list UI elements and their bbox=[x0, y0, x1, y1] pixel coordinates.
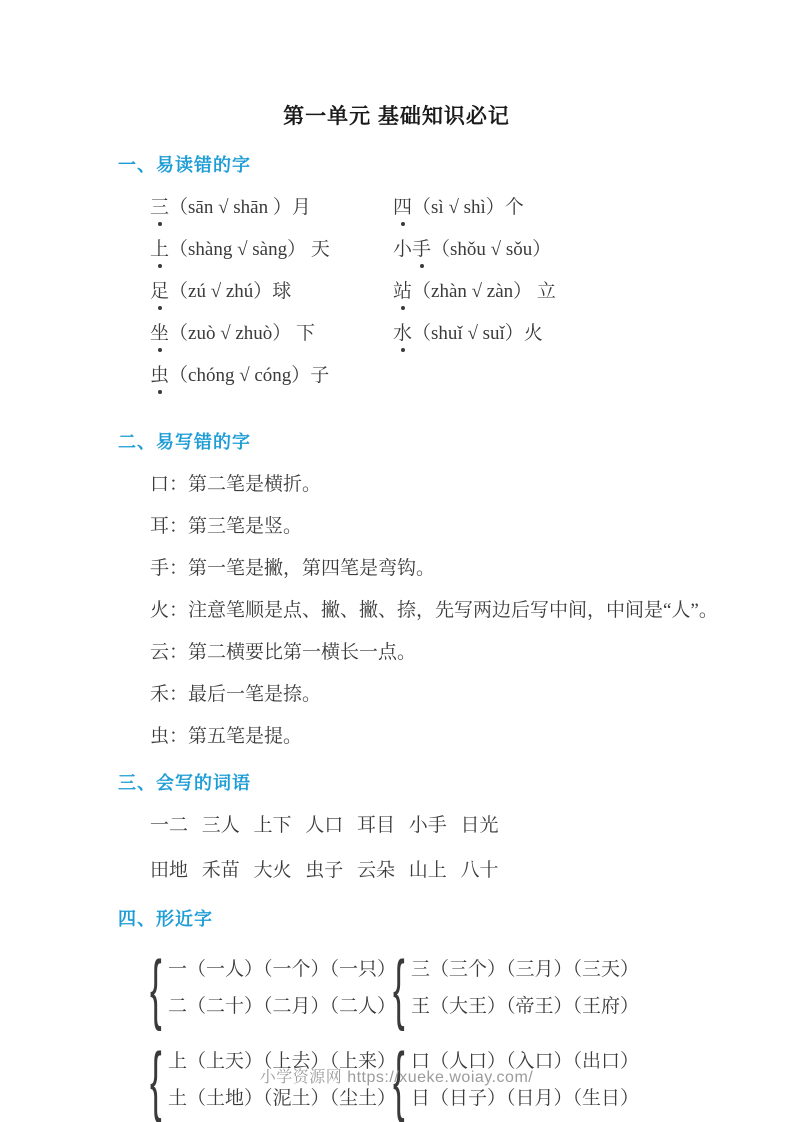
stroke-note-line: 手：第一笔是撇，第四笔是弯钩。 bbox=[150, 558, 733, 580]
pronunciation-item: 小手（shǒu √ sǒu） bbox=[393, 239, 733, 261]
stroke-note-line: 云：第二横要比第一横长一点。 bbox=[150, 642, 733, 664]
item-rest: （sì √ shì）个 bbox=[412, 197, 524, 218]
word-list-line: 田地 禾苗 大火 虫子 云朵 山上 八十 bbox=[150, 860, 733, 882]
emphasized-char: 四 bbox=[393, 197, 412, 219]
similar-char-line: 三（三个）（三月）（三天） bbox=[411, 951, 639, 988]
emphasized-char: 坐 bbox=[150, 323, 169, 345]
section-body-easily-miswritten: 口：第二笔是横折。 耳：第三笔是竖。 手：第一笔是撇，第四笔是弯钩。 火：注意笔… bbox=[150, 474, 733, 748]
footer-source-link: 小学资源网 https://xueke.woiay.com/ bbox=[0, 1064, 793, 1087]
item-prefix: 小 bbox=[393, 239, 412, 260]
similar-char-group: { 一（一人）（一个）（一只） 二（二十）（二月）（二人） bbox=[150, 951, 393, 1025]
page-title: 第一单元 基础知识必记 bbox=[0, 0, 793, 130]
pronunciation-item: 四（sì √ shì）个 bbox=[393, 197, 733, 219]
section-heading-easily-miswritten: 二、易写错的字 bbox=[118, 428, 793, 454]
emphasized-char: 水 bbox=[393, 323, 412, 345]
emphasized-char: 三 bbox=[150, 197, 169, 219]
section-body-easily-misread: 三（sān √ shān ）月 四（sì √ shì）个 上（shàng √ s… bbox=[150, 197, 733, 407]
document-page: 第一单元 基础知识必记 一、易读错的字 三（sān √ shān ）月 四（sì… bbox=[0, 0, 793, 1122]
similar-char-line: 王（大王）（帝王）（王府） bbox=[411, 988, 639, 1025]
stroke-note-line: 禾：最后一笔是捺。 bbox=[150, 684, 733, 706]
similar-char-row: { 一（一人）（一个）（一只） 二（二十）（二月）（二人） { 三（三个）（三月… bbox=[150, 951, 733, 1025]
pronunciation-item: 虫（chóng √ cóng）子 bbox=[150, 365, 393, 387]
item-rest: （shǒu √ sǒu） bbox=[431, 239, 551, 260]
section-body-similar-characters: { 一（一人）（一个）（一只） 二（二十）（二月）（二人） { 三（三个）（三月… bbox=[150, 951, 733, 1117]
item-rest: （zú √ zhú）球 bbox=[169, 281, 291, 302]
emphasized-char: 站 bbox=[393, 281, 412, 303]
emphasized-char: 足 bbox=[150, 281, 169, 303]
stroke-note-line: 耳：第三笔是竖。 bbox=[150, 516, 733, 538]
stroke-note-line: 虫：第五笔是提。 bbox=[150, 726, 733, 748]
section-heading-similar-characters: 四、形近字 bbox=[118, 905, 793, 931]
pronunciation-item: 足（zú √ zhú）球 bbox=[150, 281, 393, 303]
emphasized-char: 虫 bbox=[150, 365, 169, 387]
item-rest: （sān √ shān ）月 bbox=[169, 197, 311, 218]
pronunciation-item: 上（shàng √ sàng） 天 bbox=[150, 239, 393, 261]
similar-char-line: 一（一人）（一个）（一只） bbox=[168, 951, 396, 988]
word-list-line: 一二 三人 上下 人口 耳目 小手 日光 bbox=[150, 815, 733, 837]
pronunciation-item: 三（sān √ shān ）月 bbox=[150, 197, 393, 219]
stroke-note-line: 口：第二笔是横折。 bbox=[150, 474, 733, 496]
emphasized-char: 上 bbox=[150, 239, 169, 261]
section-heading-easily-misread: 一、易读错的字 bbox=[118, 151, 793, 177]
pronunciation-item: 站（zhàn √ zàn） 立 bbox=[393, 281, 733, 303]
similar-char-line: 二（二十）（二月）（二人） bbox=[168, 988, 396, 1025]
item-rest: （shuǐ √ suǐ）火 bbox=[412, 323, 543, 344]
stroke-note-line: 火：注意笔顺是点、撇、撇、捺，先写两边后写中间，中间是“人”。 bbox=[150, 600, 733, 622]
emphasized-char: 手 bbox=[412, 239, 431, 261]
brace-icon: { bbox=[150, 951, 158, 1025]
item-rest: （zhàn √ zàn） 立 bbox=[412, 281, 556, 302]
pronunciation-item: 坐（zuò √ zhuò） 下 bbox=[150, 323, 393, 345]
item-rest: （shàng √ sàng） 天 bbox=[169, 239, 330, 260]
item-rest: （zuò √ zhuò） 下 bbox=[169, 323, 315, 344]
section-heading-words-to-write: 三、会写的词语 bbox=[118, 769, 793, 795]
pronunciation-item: 水（shuǐ √ suǐ）火 bbox=[393, 323, 733, 345]
item-rest: （chóng √ cóng）子 bbox=[169, 365, 329, 386]
similar-char-group: { 三（三个）（三月）（三天） 王（大王）（帝王）（王府） bbox=[393, 951, 733, 1025]
brace-icon: { bbox=[393, 951, 401, 1025]
section-body-words-to-write: 一二 三人 上下 人口 耳目 小手 日光 田地 禾苗 大火 虫子 云朵 山上 八… bbox=[150, 815, 733, 882]
